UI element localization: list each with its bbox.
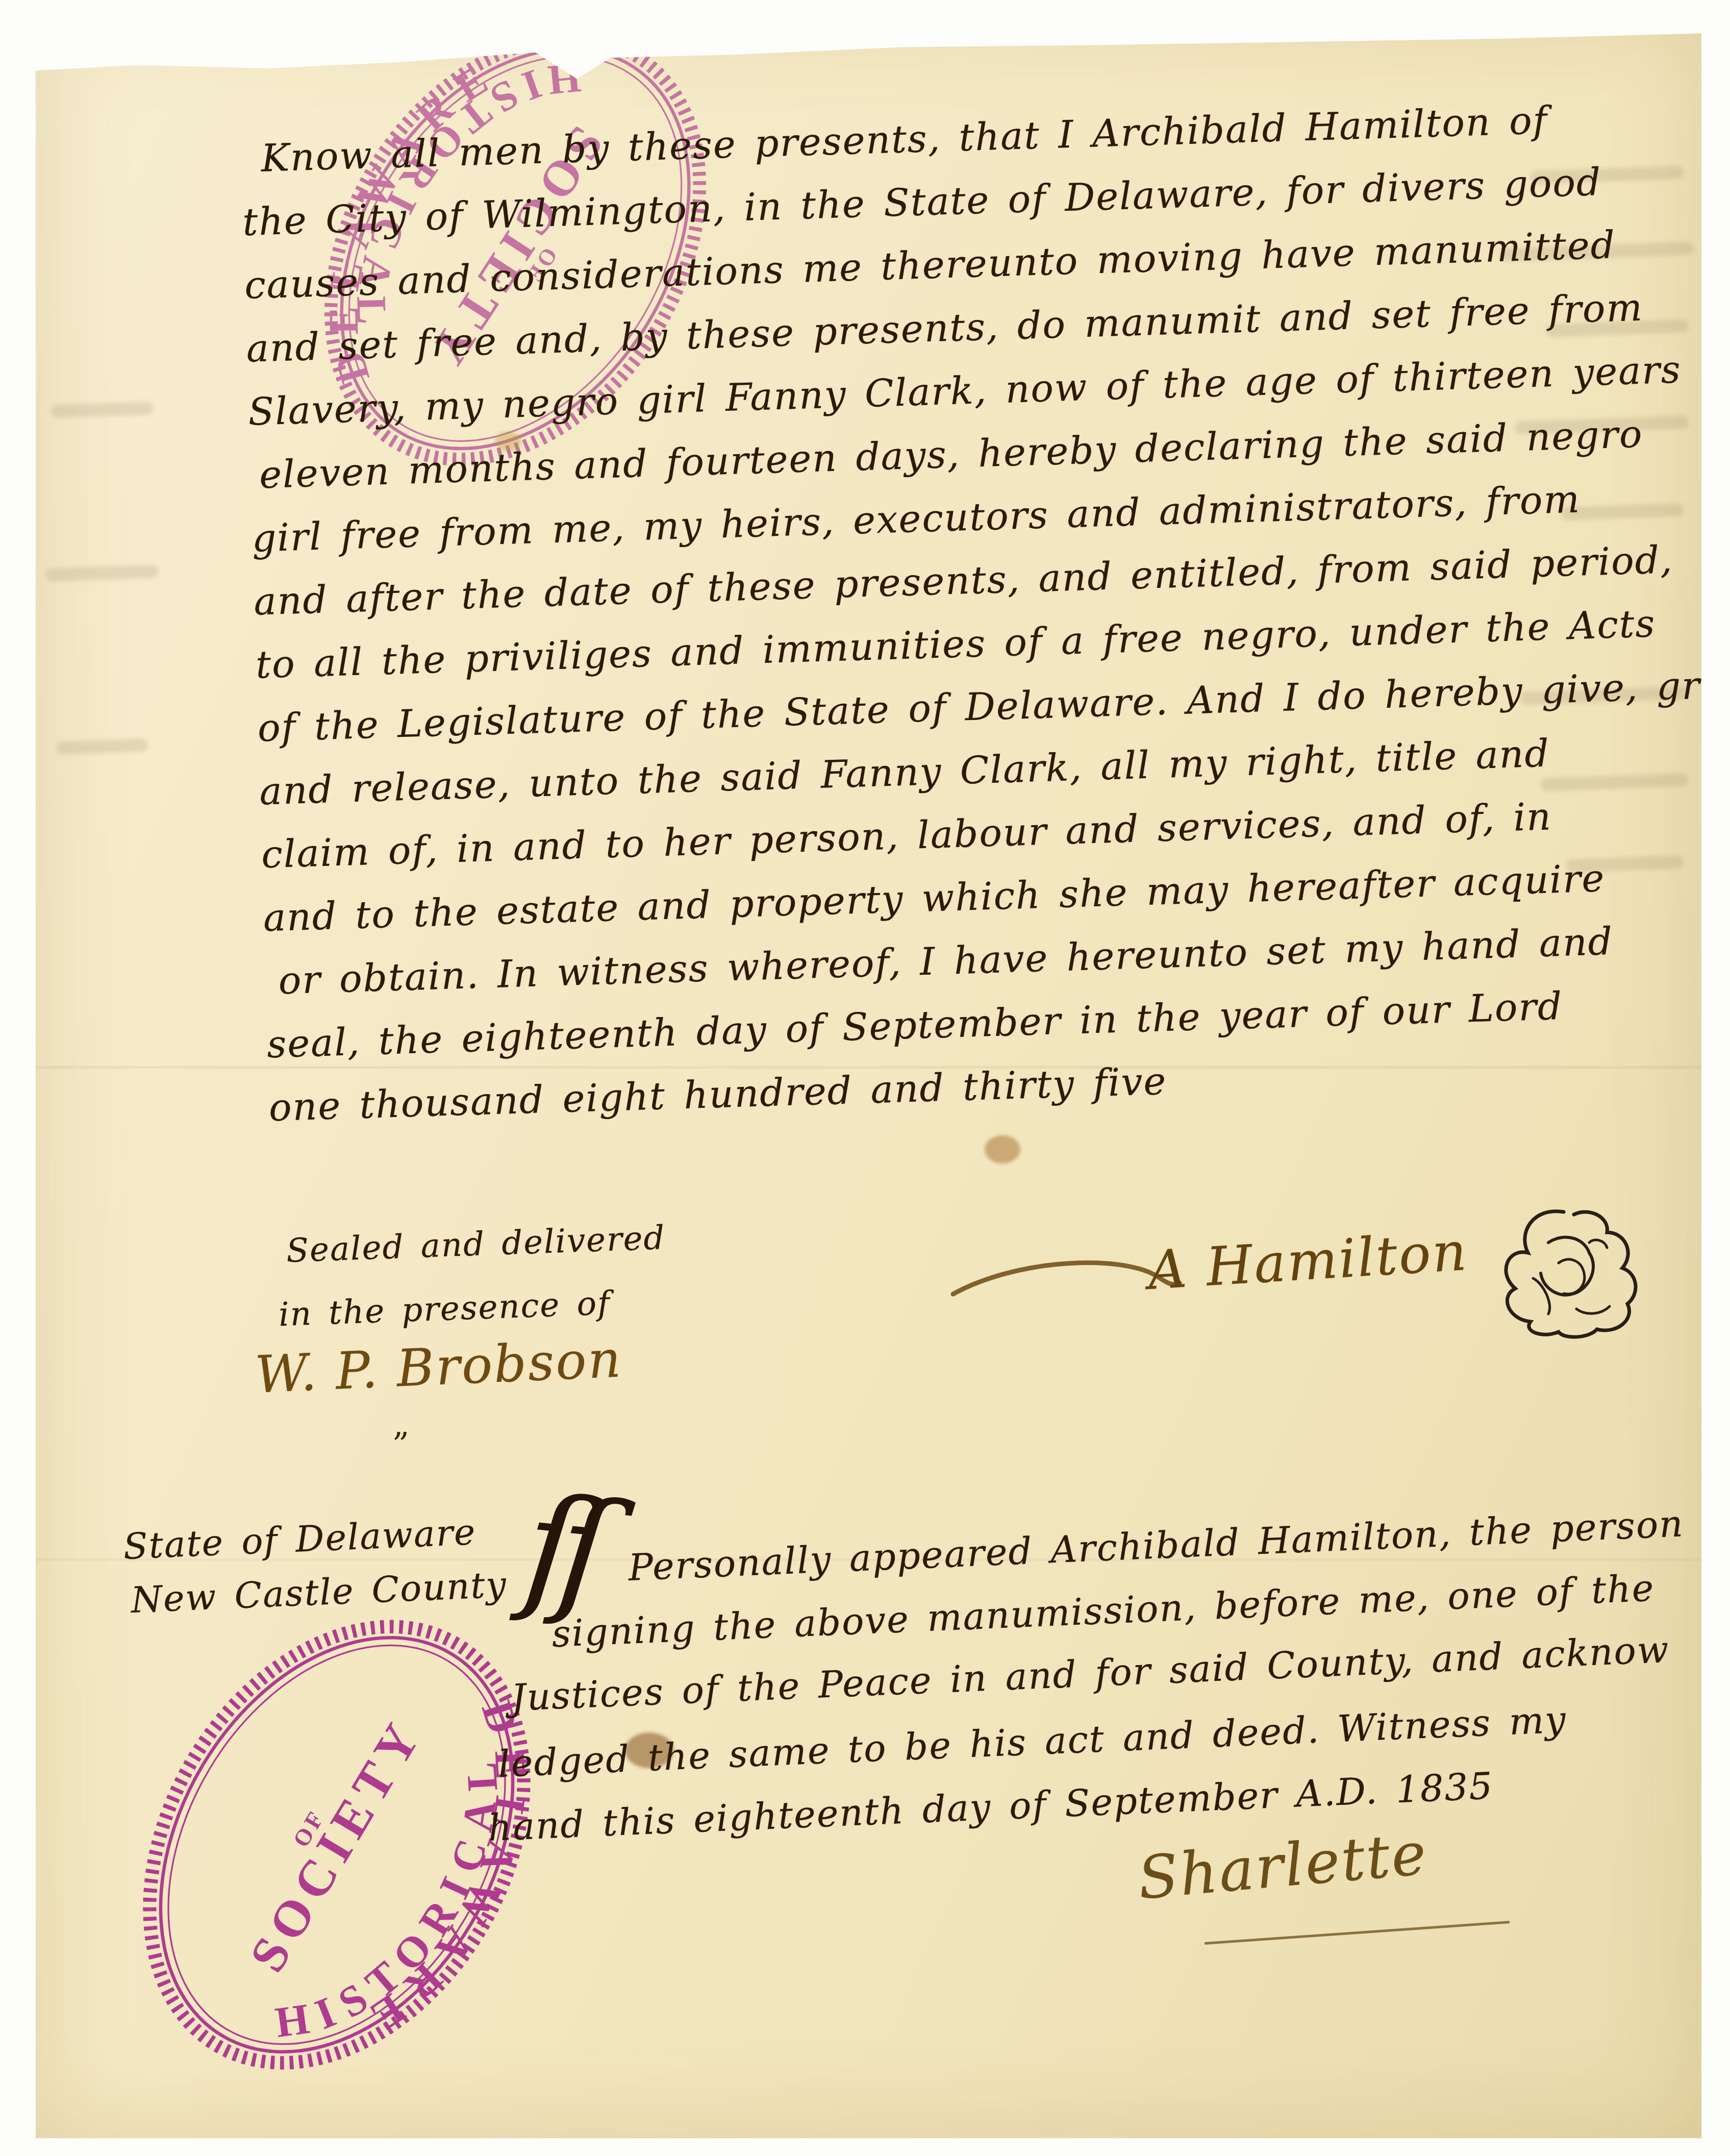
- witness-clause-line2: in the presence of: [278, 1284, 611, 1334]
- document-scan: HISTORICAL DELAWARE SOCIETY OF: [0, 0, 1730, 2156]
- witness-clause-line1: Sealed and delivered: [286, 1219, 666, 1270]
- manumission-body-text: Know all men by these presents, that I A…: [240, 83, 1730, 1139]
- attestation-county: New Castle County: [130, 1564, 508, 1621]
- ink-stain: [985, 1135, 1020, 1163]
- witness-signature: W. P. Brobson: [254, 1329, 623, 1404]
- bleed-through-mark: [56, 738, 148, 755]
- document-page: HISTORICAL DELAWARE SOCIETY OF: [36, 15, 1701, 2138]
- bleed-through-mark: [51, 402, 154, 418]
- wax-seal-scribble: [1487, 1202, 1640, 1340]
- ditto-mark: „: [393, 1406, 410, 1444]
- bleed-through-mark: [46, 564, 159, 582]
- justice-signature: Sharlette: [1135, 1819, 1430, 1913]
- grantor-signature: A Hamilton: [1146, 1220, 1470, 1302]
- scilicet-ss-mark: ſſ: [518, 1477, 599, 1621]
- signature-underline: [1205, 1921, 1510, 1945]
